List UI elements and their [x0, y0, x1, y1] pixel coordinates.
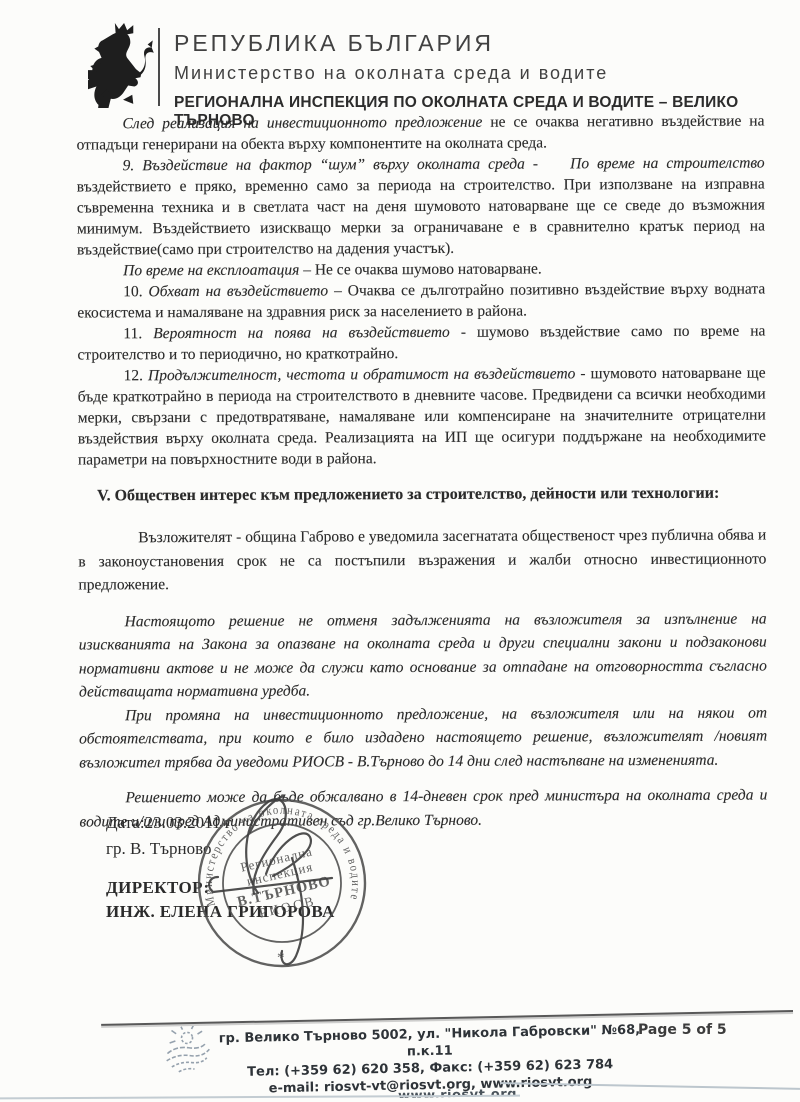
coat-of-arms-lion-icon — [88, 22, 154, 108]
paragraph-exploitation-noise: По време на експлоатация – Не се очаква … — [77, 258, 765, 282]
paragraph-11-impact-probability: 11. Вероятност на поява на въздействието… — [77, 321, 765, 366]
document-body: След реализация на инвестиционното предл… — [76, 111, 767, 834]
header-republic: РЕПУБЛИКА БЪЛГАРИЯ — [174, 30, 784, 57]
signature-scribble — [180, 772, 430, 987]
paragraph-change-notification: При промяна на инвестиционното предложен… — [79, 701, 767, 775]
header-divider — [158, 28, 160, 106]
paragraph-legal-obligations: Настоящото решение не отменя задълженият… — [79, 607, 767, 704]
paragraph-waste-impact: След реализация на инвестиционното предл… — [76, 111, 764, 156]
paragraph-public-interest: Възложителят - община Габрово е уведомил… — [78, 523, 766, 597]
section-v-heading: V. Обществен интерес към предложението з… — [78, 484, 766, 505]
footer-contact: гр. Велико Търново 5002, ул. "Никола Габ… — [209, 1021, 650, 1098]
paragraph-12-impact-duration: 12. Продължителност, честота и обратимос… — [78, 363, 766, 471]
page-number: Page 5 of 5 — [638, 1022, 727, 1038]
header-ministry: Министерство на околната среда и водите — [174, 63, 784, 84]
scanned-document-page: РЕПУБЛИКА БЪЛГАРИЯ Министерство на околн… — [0, 0, 800, 1102]
paragraph-9-noise-factor: 9. Въздействие на фактор “шум” върху око… — [77, 153, 765, 261]
paragraph-10-impact-scope: 10. Обхват на въздействието – Очаква се … — [77, 279, 765, 324]
